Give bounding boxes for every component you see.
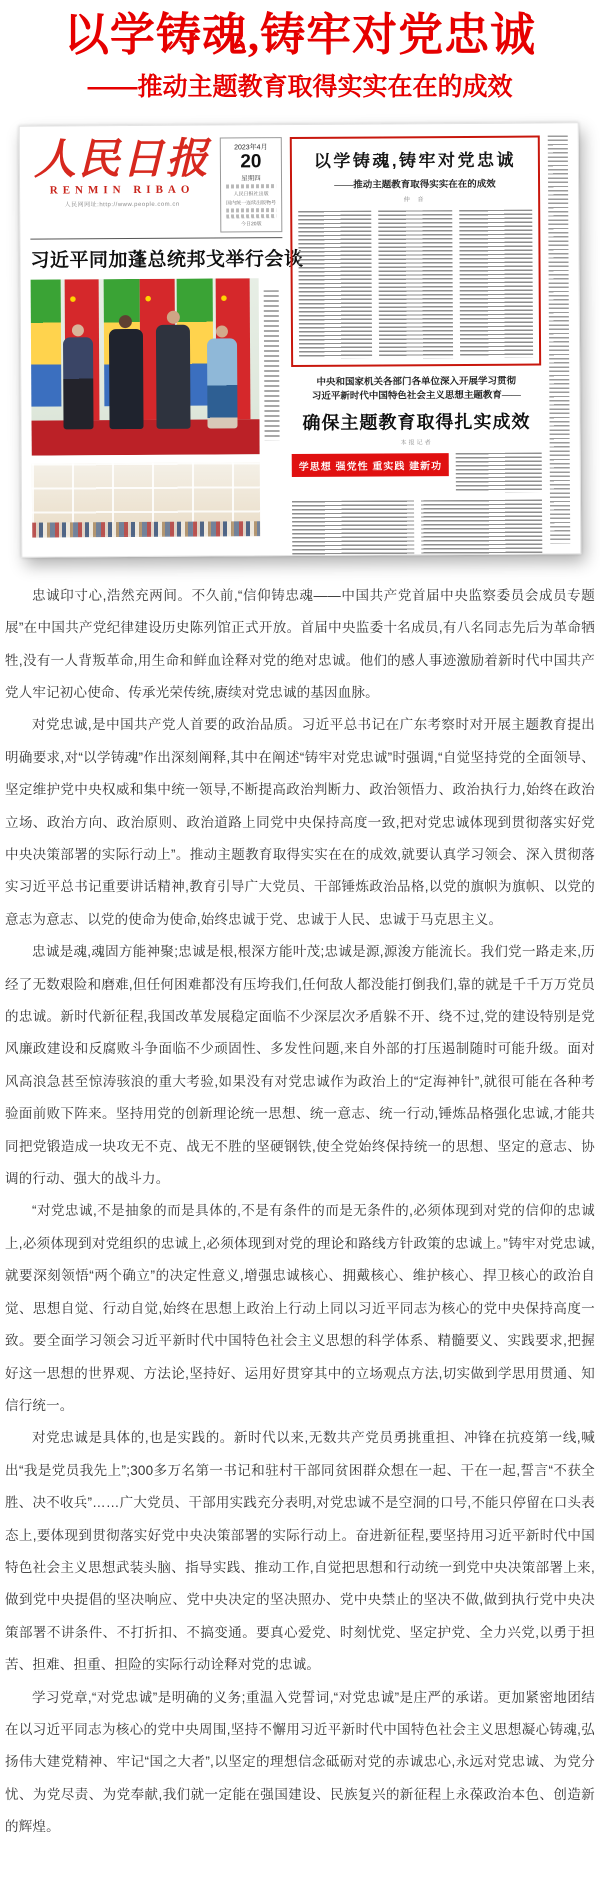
- article2-kicker: 中央和国家机关各部门各单位深入开展学习贯彻 习近平新时代中国特色社会主义思想主题…: [291, 374, 541, 404]
- simulated-text-column: [456, 452, 542, 493]
- simulated-text-column: [459, 209, 533, 357]
- paragraph: “对党忠诚,不是抽象的而是具体的,不是有条件的而是无条件的,必须体现到对党的信仰…: [5, 1195, 595, 1422]
- article2-kicker-line1: 中央和国家机关各部门各单位深入开展学习贯彻: [291, 374, 541, 390]
- boxed-editorial-byline: 仲 音: [298, 193, 532, 203]
- photo-leaders-flags: [31, 278, 260, 455]
- date-box-fineprint-bar: [226, 184, 276, 188]
- newspaper-right-column: 以学铸魂,铸牢对党忠诚 ——推动主题教育取得实实在在的成效 仲 音 中央和国家机…: [290, 135, 542, 545]
- date-weekday: 星期四: [224, 173, 278, 182]
- paragraph: 学习党章,“对党忠诚”是明确的义务;重温入党誓词,“对党忠诚”是庄严的承诺。更加…: [5, 1682, 595, 1844]
- simulated-text-column: [379, 210, 453, 358]
- photo-meeting-hall: [32, 462, 260, 537]
- newspaper-image: 人民日报 RENMIN RIBAO 人民网网址:http://www.peopl…: [20, 124, 580, 556]
- date-publisher: 人民日报社出版: [224, 190, 278, 197]
- newspaper-headline-meeting: 习近平同加蓬总统邦戈举行会谈: [30, 244, 282, 273]
- simulated-text-column: [548, 135, 570, 543]
- newspaper-website: 人民网网址:http://www.people.com.cn: [30, 198, 214, 208]
- page-subtitle: ——推动主题教育取得实实在在的成效: [4, 72, 596, 102]
- date-box-fineprint-bar: [226, 214, 276, 218]
- article2-headline: 确保主题教育取得扎实成效: [291, 407, 541, 435]
- newspaper-edge-column: [548, 135, 570, 543]
- simulated-text-column: [298, 210, 372, 358]
- article2-kicker-line2: 习近平新时代中国特色社会主义思想主题教育——: [291, 389, 541, 405]
- paragraph: 对党忠诚是具体的,也是实践的。新时代以来,无数共产党员勇挑重担、冲锋在抗疫第一线…: [5, 1422, 595, 1681]
- article2-byline: 本报记者: [292, 436, 542, 447]
- page-title: 以学铸魂,铸牢对党忠诚: [4, 10, 596, 62]
- simulated-text-column: [292, 500, 414, 555]
- masthead-divider: [30, 237, 282, 240]
- date-pages: 今日20版: [224, 220, 278, 227]
- date-serial: 国内统一连续出版物号: [224, 199, 278, 206]
- photo-figure: [108, 314, 143, 428]
- paragraph: 忠诚印寸心,浩然充两间。不久前,“信仰铸忠魂——中国共产党首届中央监察委员会成员…: [5, 580, 595, 710]
- theme-education-banner: 学思想 强党性 重实践 建新功: [292, 452, 449, 476]
- photo-caption-vertical-text: [264, 290, 280, 440]
- paragraph: 忠诚是魂,魂固方能神聚;忠诚是根,根深方能叶茂;忠诚是源,源浚方能流长。我们党一…: [5, 936, 595, 1195]
- photo-figure: [156, 310, 191, 428]
- boxed-editorial-subtitle: ——推动主题教育取得实实在在的成效: [298, 175, 532, 190]
- newspaper-date-box: 2023年4月 20 星期四 人民日报社出版 国内统一连续出版物号 今日20版: [220, 137, 283, 232]
- article-body: 忠诚印寸心,浩然充两间。不久前,“信仰铸忠魂——中国共产党首届中央监察委员会成员…: [0, 580, 600, 1858]
- newspaper-left-column: 人民日报 RENMIN RIBAO 人民网网址:http://www.peopl…: [30, 137, 284, 547]
- photo-figure: [206, 325, 237, 428]
- boxed-editorial-title: 以学铸魂,铸牢对党忠诚: [298, 145, 532, 171]
- newspaper-front-page: 人民日报 RENMIN RIBAO 人民网网址:http://www.peopl…: [19, 122, 582, 557]
- date-day: 20: [224, 152, 278, 173]
- simulated-text-column: [420, 499, 542, 554]
- photo-figure: [63, 324, 94, 429]
- gabon-flag: [31, 279, 61, 406]
- newspaper-masthead: 人民日报: [30, 137, 214, 182]
- newspaper-masthead-latin: RENMIN RIBAO: [30, 183, 214, 196]
- paragraph: 对党忠诚,是中国共产党人首要的政治品质。习近平总书记在广东考察时对开展主题教育提…: [5, 709, 595, 936]
- boxed-editorial: 以学铸魂,铸牢对党忠诚 ——推动主题教育取得实实在在的成效 仲 音: [290, 135, 541, 367]
- article-page: 以学铸魂,铸牢对党忠诚 ——推动主题教育取得实实在在的成效 人民日报 RENMI…: [0, 0, 600, 1879]
- date-box-fineprint-bar: [226, 208, 276, 212]
- photo-crowd: [32, 521, 260, 537]
